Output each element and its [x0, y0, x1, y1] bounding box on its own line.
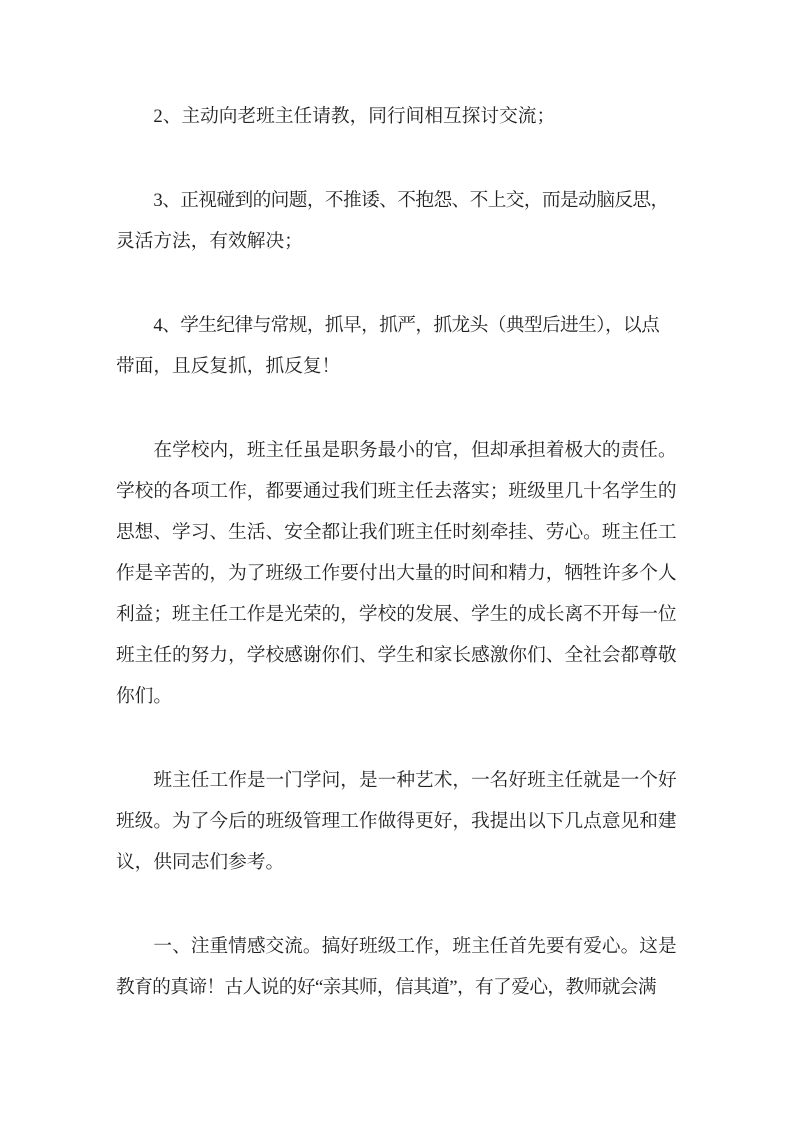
- document-body: 2、主动向老班主任请教，同行间相互探讨交流；3、正视碰到的问题，不推诿、不抱怨、…: [116, 96, 677, 1008]
- paragraph-line: 在学校内，班主任虽是职务最小的官，但却承担着极大的责任。: [153, 440, 676, 461]
- paragraph-line: 班级。为了今后的班级管理工作做得更好，我提出以下几点意见和建: [116, 811, 677, 832]
- paragraph-line: 议，供同志们参考。: [116, 852, 284, 873]
- paragraph: 一、注重情感交流。搞好班级工作，班主任首先要有爱心。这是教育的真谛！古人说的好“…: [116, 926, 677, 1008]
- paragraph: 2、主动向老班主任请教，同行间相互探讨交流；: [116, 96, 677, 137]
- paragraph: 4、学生纪律与常规，抓早，抓严，抓龙头（典型后进生），以点带面，且反复抓，抓反复…: [116, 305, 677, 387]
- paragraph: 班主任工作是一门学问，是一种艺术，一名好班主任就是一个好班级。为了今后的班级管理…: [116, 760, 677, 883]
- paragraph-line: 班主任工作是一门学问，是一种艺术，一名好班主任就是一个好: [153, 770, 676, 791]
- paragraph-line: 一、注重情感交流。搞好班级工作，班主任首先要有爱心。这是: [153, 936, 676, 957]
- paragraph-line: 学校的各项工作，都要通过我们班主任去落实；班级里几十名学生的: [116, 481, 677, 502]
- paragraph-line: 2、主动向老班主任请教，同行间相互探讨交流；: [153, 106, 555, 127]
- paragraph-line: 利益；班主任工作是光荣的，学校的发展、学生的成长离不开每一位: [116, 604, 677, 625]
- paragraph-line: 思想、学习、生活、安全都让我们班主任时刻牵挂、劳心。班主任工: [116, 522, 677, 543]
- paragraph: 3、正视碰到的问题，不推诿、不抱怨、不上交，而是动脑反思，灵活方法，有效解决；: [116, 180, 677, 262]
- paragraph-line: 灵活方法，有效解决；: [116, 231, 303, 252]
- document-page: 2、主动向老班主任请教，同行间相互探讨交流；3、正视碰到的问题，不推诿、不抱怨、…: [0, 0, 793, 1122]
- paragraph-line: 你们。: [116, 686, 172, 707]
- paragraph-line: 班主任的努力，学校感谢你们、学生和家长感激你们、全社会都尊敬: [116, 645, 677, 666]
- paragraph-line: 3、正视碰到的问题，不推诿、不抱怨、不上交，而是动脑反思，: [153, 190, 668, 211]
- paragraph-line: 教育的真谛！古人说的好“亲其师，信其道”，有了爱心，教师就会满: [116, 977, 656, 998]
- paragraph-line: 带面，且反复抓，抓反复！: [116, 356, 340, 377]
- paragraph: 在学校内，班主任虽是职务最小的官，但却承担着极大的责任。学校的各项工作，都要通过…: [116, 430, 677, 717]
- paragraph-line: 4、学生纪律与常规，抓早，抓严，抓龙头（典型后进生），以点: [153, 315, 659, 336]
- paragraph-line: 作是辛苦的，为了班级工作要付出大量的时间和精力，牺牲许多个人: [116, 563, 677, 584]
